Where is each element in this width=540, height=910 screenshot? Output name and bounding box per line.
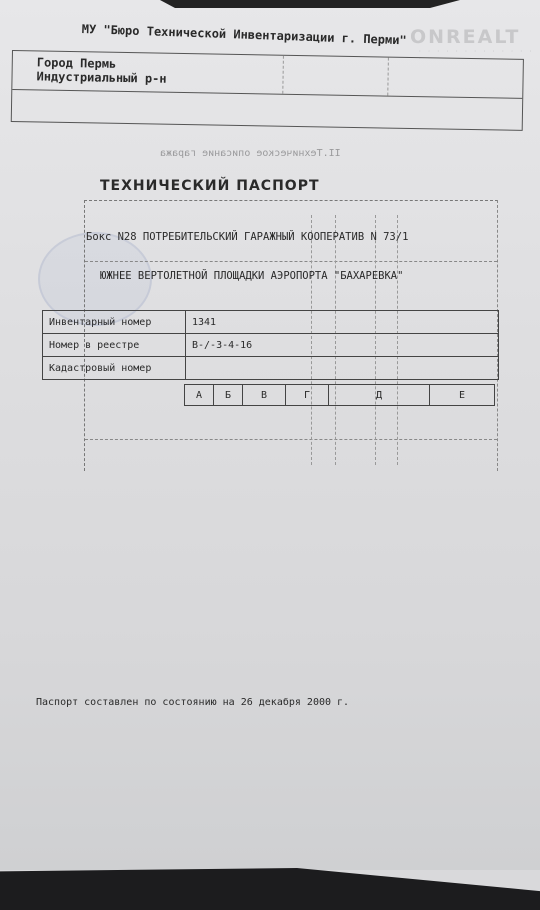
cadastral-number-label: Кадастровый номер [43,357,186,380]
letter-cell-v: В [243,385,286,406]
registry-number-label: Номер в реестре [43,334,186,357]
object-description: Бокс N28 ПОТРЕБИТЕЛЬСКИЙ ГАРАЖНЫЙ КООПЕР… [86,205,408,309]
inventory-number-label: Инвентарный номер [43,311,186,334]
letter-cell-e: Е [430,385,495,406]
background-surface [0,868,540,910]
inventory-number-value: 1341 [186,311,499,334]
letter-cell-a: А [185,385,214,406]
ghost-line [85,439,497,440]
cadastral-number-value [186,357,499,380]
city-block: Город Пермь Индустриальный р-н [36,55,167,85]
object-line-1: Бокс N28 ПОТРЕБИТЕЛЬСКИЙ ГАРАЖНЫЙ КООПЕР… [86,231,408,244]
letter-cell-d: Д [329,385,430,406]
registry-row: Инвентарный номер 1341 [43,311,499,334]
organization-header: МУ "Бюро Технической Инвентаризации г. П… [82,22,407,47]
registry-row: Кадастровый номер [43,357,499,380]
page-title: ТЕХНИЧЕСКИЙ ПАСПОРТ [100,178,320,194]
location-box: Город Пермь Индустриальный р-н [11,50,524,131]
district-name: Индустриальный р-н [36,69,166,85]
object-line-2: ЮЖНЕЕ ВЕРТОЛЕТНОЙ ПЛОЩАДКИ АЭРОПОРТА "БА… [86,270,408,283]
ghost-line [387,58,389,96]
passport-date-note: Паспорт составлен по состоянию на 26 дек… [36,697,349,708]
watermark-logo: ONREALT [410,26,520,48]
show-through-section-title: II.Техническое описание гаража [160,148,341,159]
registry-row: Номер в реестре В-/-3-4-16 [43,334,499,357]
background-edge [160,0,460,8]
ghost-line [282,56,284,94]
letter-cell-b: Б [214,385,243,406]
letter-index-table: А Б В Г Д Е [184,384,495,406]
registry-number-value: В-/-3-4-16 [186,334,499,357]
registry-table: Инвентарный номер 1341 Номер в реестре В… [42,310,499,380]
box-divider [12,89,522,99]
letter-cell-g: Г [286,385,329,406]
document-page: МУ "Бюро Технической Инвентаризации г. П… [0,0,540,870]
